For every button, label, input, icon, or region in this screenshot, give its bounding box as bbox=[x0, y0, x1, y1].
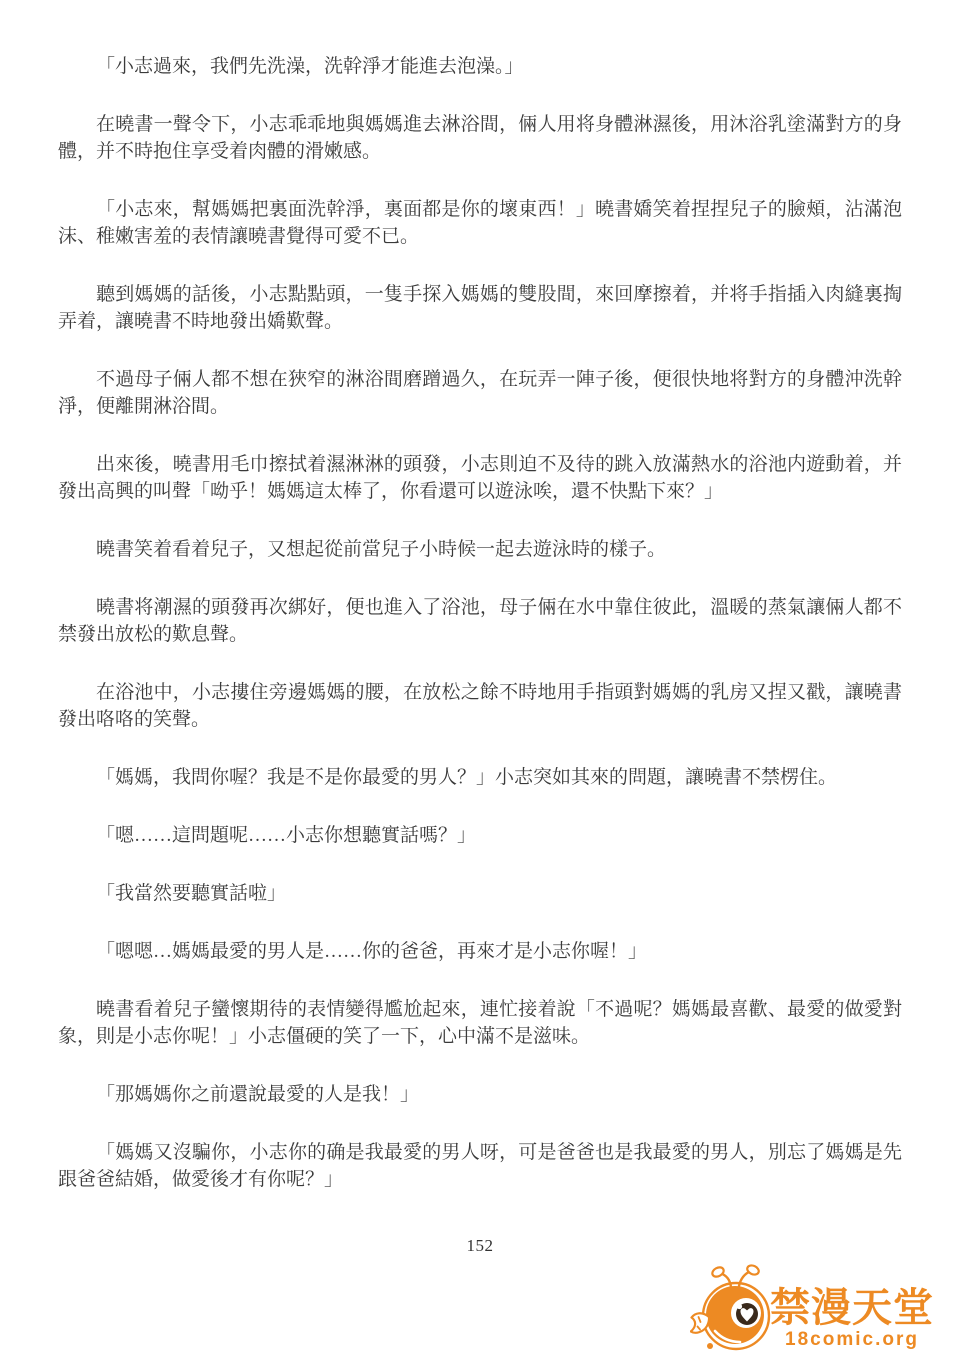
watermark-text: 禁漫天堂 18comic.org bbox=[770, 1288, 934, 1355]
document-page: 「小志過來，我們先洗澡，洗幹淨才能進去泡澡。」在曉書一聲令下，小志乖乖地與媽媽進… bbox=[0, 0, 960, 1357]
brand-url: 18comic.org bbox=[785, 1330, 919, 1349]
page-number: 152 bbox=[0, 1236, 960, 1256]
paragraph: 「嗯嗯…媽媽最愛的男人是……你的爸爸，再來才是小志你喔！」 bbox=[58, 938, 902, 965]
paragraph: 在浴池中，小志摟住旁邊媽媽的腰，在放松之餘不時地用手指頭對媽媽的乳房又捏又戳，讓… bbox=[58, 679, 902, 733]
paragraph: 「小志來，幫媽媽把裏面洗幹淨，裏面都是你的壞東西！」曉書嬌笑着捏捏兒子的臉頰，沾… bbox=[58, 196, 902, 250]
paragraph: 「我當然要聽實話啦」 bbox=[58, 880, 902, 907]
paragraph: 「小志過來，我們先洗澡，洗幹淨才能進去泡澡。」 bbox=[58, 53, 902, 80]
brand-name: 禁漫天堂 bbox=[770, 1288, 934, 1328]
paragraph: 出來後，曉書用毛巾擦拭着濕淋淋的頭發，小志則迫不及待的跳入放滿熱水的浴池内遊動着… bbox=[58, 451, 902, 505]
paragraph: 不過母子倆人都不想在狹窄的淋浴間磨蹭過久，在玩弄一陣子後，便很快地将對方的身體沖… bbox=[58, 366, 902, 420]
paragraph: 「那媽媽你之前還說最愛的人是我！」 bbox=[58, 1081, 902, 1108]
whale-mascot-icon bbox=[690, 1263, 774, 1355]
paragraph: 曉書看着兒子蠻懷期待的表情變得尷尬起來，連忙接着說「不過呢？媽媽最喜歡、最愛的做… bbox=[58, 996, 902, 1050]
paragraph: 曉書笑着看着兒子，又想起從前當兒子小時候一起去遊泳時的樣子。 bbox=[58, 536, 902, 563]
paragraph: 「媽媽，我問你喔？我是不是你最愛的男人？」小志突如其來的問題，讓曉書不禁楞住。 bbox=[58, 764, 902, 791]
paragraph: 在曉書一聲令下，小志乖乖地與媽媽進去淋浴間，倆人用将身體淋濕後，用沐浴乳塗滿對方… bbox=[58, 111, 902, 165]
page-text: 「小志過來，我們先洗澡，洗幹淨才能進去泡澡。」在曉書一聲令下，小志乖乖地與媽媽進… bbox=[58, 53, 902, 1224]
paragraph: 聽到媽媽的話後，小志點點頭，一隻手探入媽媽的雙股間，來回摩擦着，并将手指插入肉縫… bbox=[58, 281, 902, 335]
paragraph: 曉書将潮濕的頭發再次綁好，便也進入了浴池，母子倆在水中靠住彼此，溫暖的蒸氣讓倆人… bbox=[58, 594, 902, 648]
paragraph: 「嗯……這問題呢……小志你想聽實話嗎？」 bbox=[58, 822, 902, 849]
site-watermark: 禁漫天堂 18comic.org bbox=[690, 1263, 934, 1355]
paragraph: 「媽媽又沒騙你，小志你的确是我最愛的男人呀，可是爸爸也是我最愛的男人，別忘了媽媽… bbox=[58, 1139, 902, 1193]
